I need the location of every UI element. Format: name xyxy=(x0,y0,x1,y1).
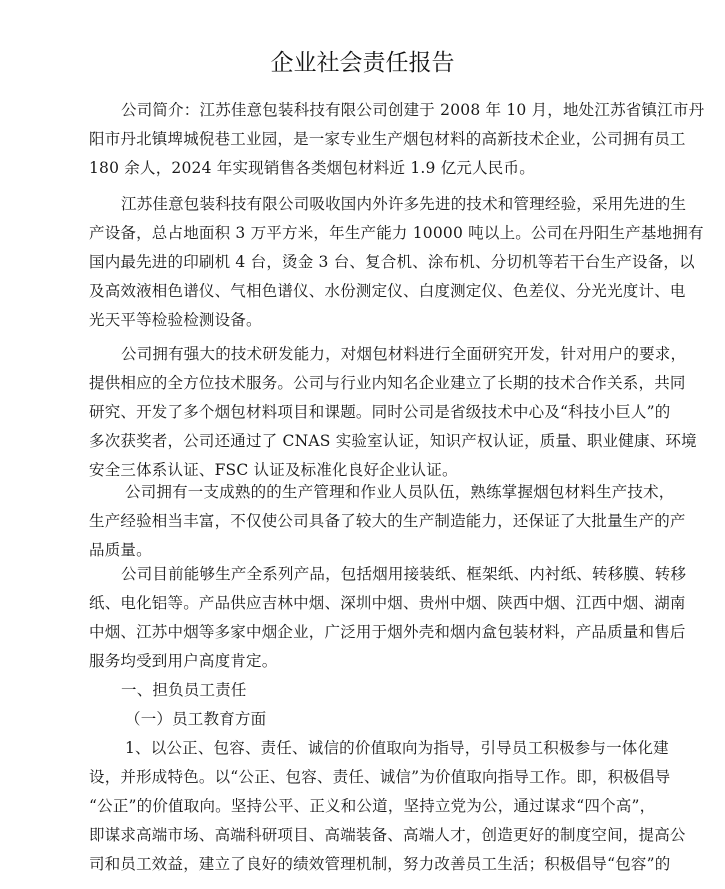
text-line: 纸、电化铝等。产品供应吉林中烟、深圳中烟、贵州中烟、陕西中烟、江西中烟、湖南 xyxy=(89,589,649,618)
text-line: 公司拥有一支成熟的的生产管理和作业人员队伍，熟练掌握烟包材料生产技术， xyxy=(125,478,685,507)
text-line: 多次获奖者，公司还通过了 CNAS 实验室认证，知识产权认证，质量、职业健康、环… xyxy=(89,427,649,456)
text-line: 研究、开发了多个烟包材料项目和课题。同时公司是省级技术中心及“科技小巨人”的 xyxy=(89,398,649,427)
document-page: 企业社会责任报告 公司简介：江苏佳意包装科技有限公司创建于 2008 年 10 … xyxy=(0,0,725,889)
text-line: 1、以公正、包容、责任、诚信的价值取向为指导，引导员工积极参与一体化建 xyxy=(125,734,685,763)
text-line: 中烟、江苏中烟等多家中烟企业，广泛用于烟外壳和烟内盒包装材料，产品质量和售后 xyxy=(89,618,649,647)
text-line: 一、担负员工责任 xyxy=(121,676,681,705)
text-line: 阳市丹北镇埤城倪巷工业园，是一家专业生产烟包材料的高新技术企业，公司拥有员工 xyxy=(89,125,649,154)
text-line: 及高效液相色谱仪、气相色谱仪、水份测定仪、白度测定仪、色差仪、分光光度计、电 xyxy=(89,277,649,306)
text-line: 生产经验相当丰富，不仅使公司具备了较大的生产制造能力，还保证了大批量生产的产 xyxy=(89,507,649,536)
text-line: 180 余人，2024 年实现销售各类烟包材料近 1.9 亿元人民币。 xyxy=(89,154,649,183)
text-line: 国内最先进的印刷机 4 台，烫金 3 台、复合机、涂布机、分切机等若干台生产设备… xyxy=(89,248,649,277)
text-line: 产设备，总占地面积 3 万平方米，年生产能力 10000 吨以上。公司在丹阳生产… xyxy=(89,219,649,248)
text-line: 司和员工效益，建立了良好的绩效管理机制，努力改善员工生活；积极倡导“包容”的 xyxy=(89,850,649,879)
text-line: 光天平等检验检测设备。 xyxy=(89,306,649,335)
text-line: 提供相应的全方位技术服务。公司与行业内知名企业建立了长期的技术合作关系，共同 xyxy=(89,369,649,398)
text-line: 服务均受到用户高度肯定。 xyxy=(89,647,649,676)
text-line: 公司拥有强大的技术研发能力，对烟包材料进行全面研究开发，针对用户的要求， xyxy=(121,340,681,369)
text-line: 设，并形成特色。以“公正、包容、责任、诚信”为价值取向指导工作。即，积极倡导 xyxy=(89,763,649,792)
text-line: 公司目前能够生产全系列产品，包括烟用接装纸、框架纸、内衬纸、转移膜、转移 xyxy=(121,560,681,589)
text-line: （一）员工教育方面 xyxy=(125,705,685,734)
text-line: 公司简介：江苏佳意包装科技有限公司创建于 2008 年 10 月，地处江苏省镇江… xyxy=(121,96,681,125)
text-line: 江苏佳意包装科技有限公司吸收国内外许多先进的技术和管理经验，采用先进的生 xyxy=(121,190,681,219)
text-line: “公正”的价值取向。坚持公平、正义和公道，坚持立党为公，通过谋求“四个高”， xyxy=(89,792,649,821)
text-line: 即谋求高端市场、高端科研项目、高端装备、高端人才，创造更好的制度空间，提高公 xyxy=(89,821,649,850)
document-title: 企业社会责任报告 xyxy=(0,44,725,77)
